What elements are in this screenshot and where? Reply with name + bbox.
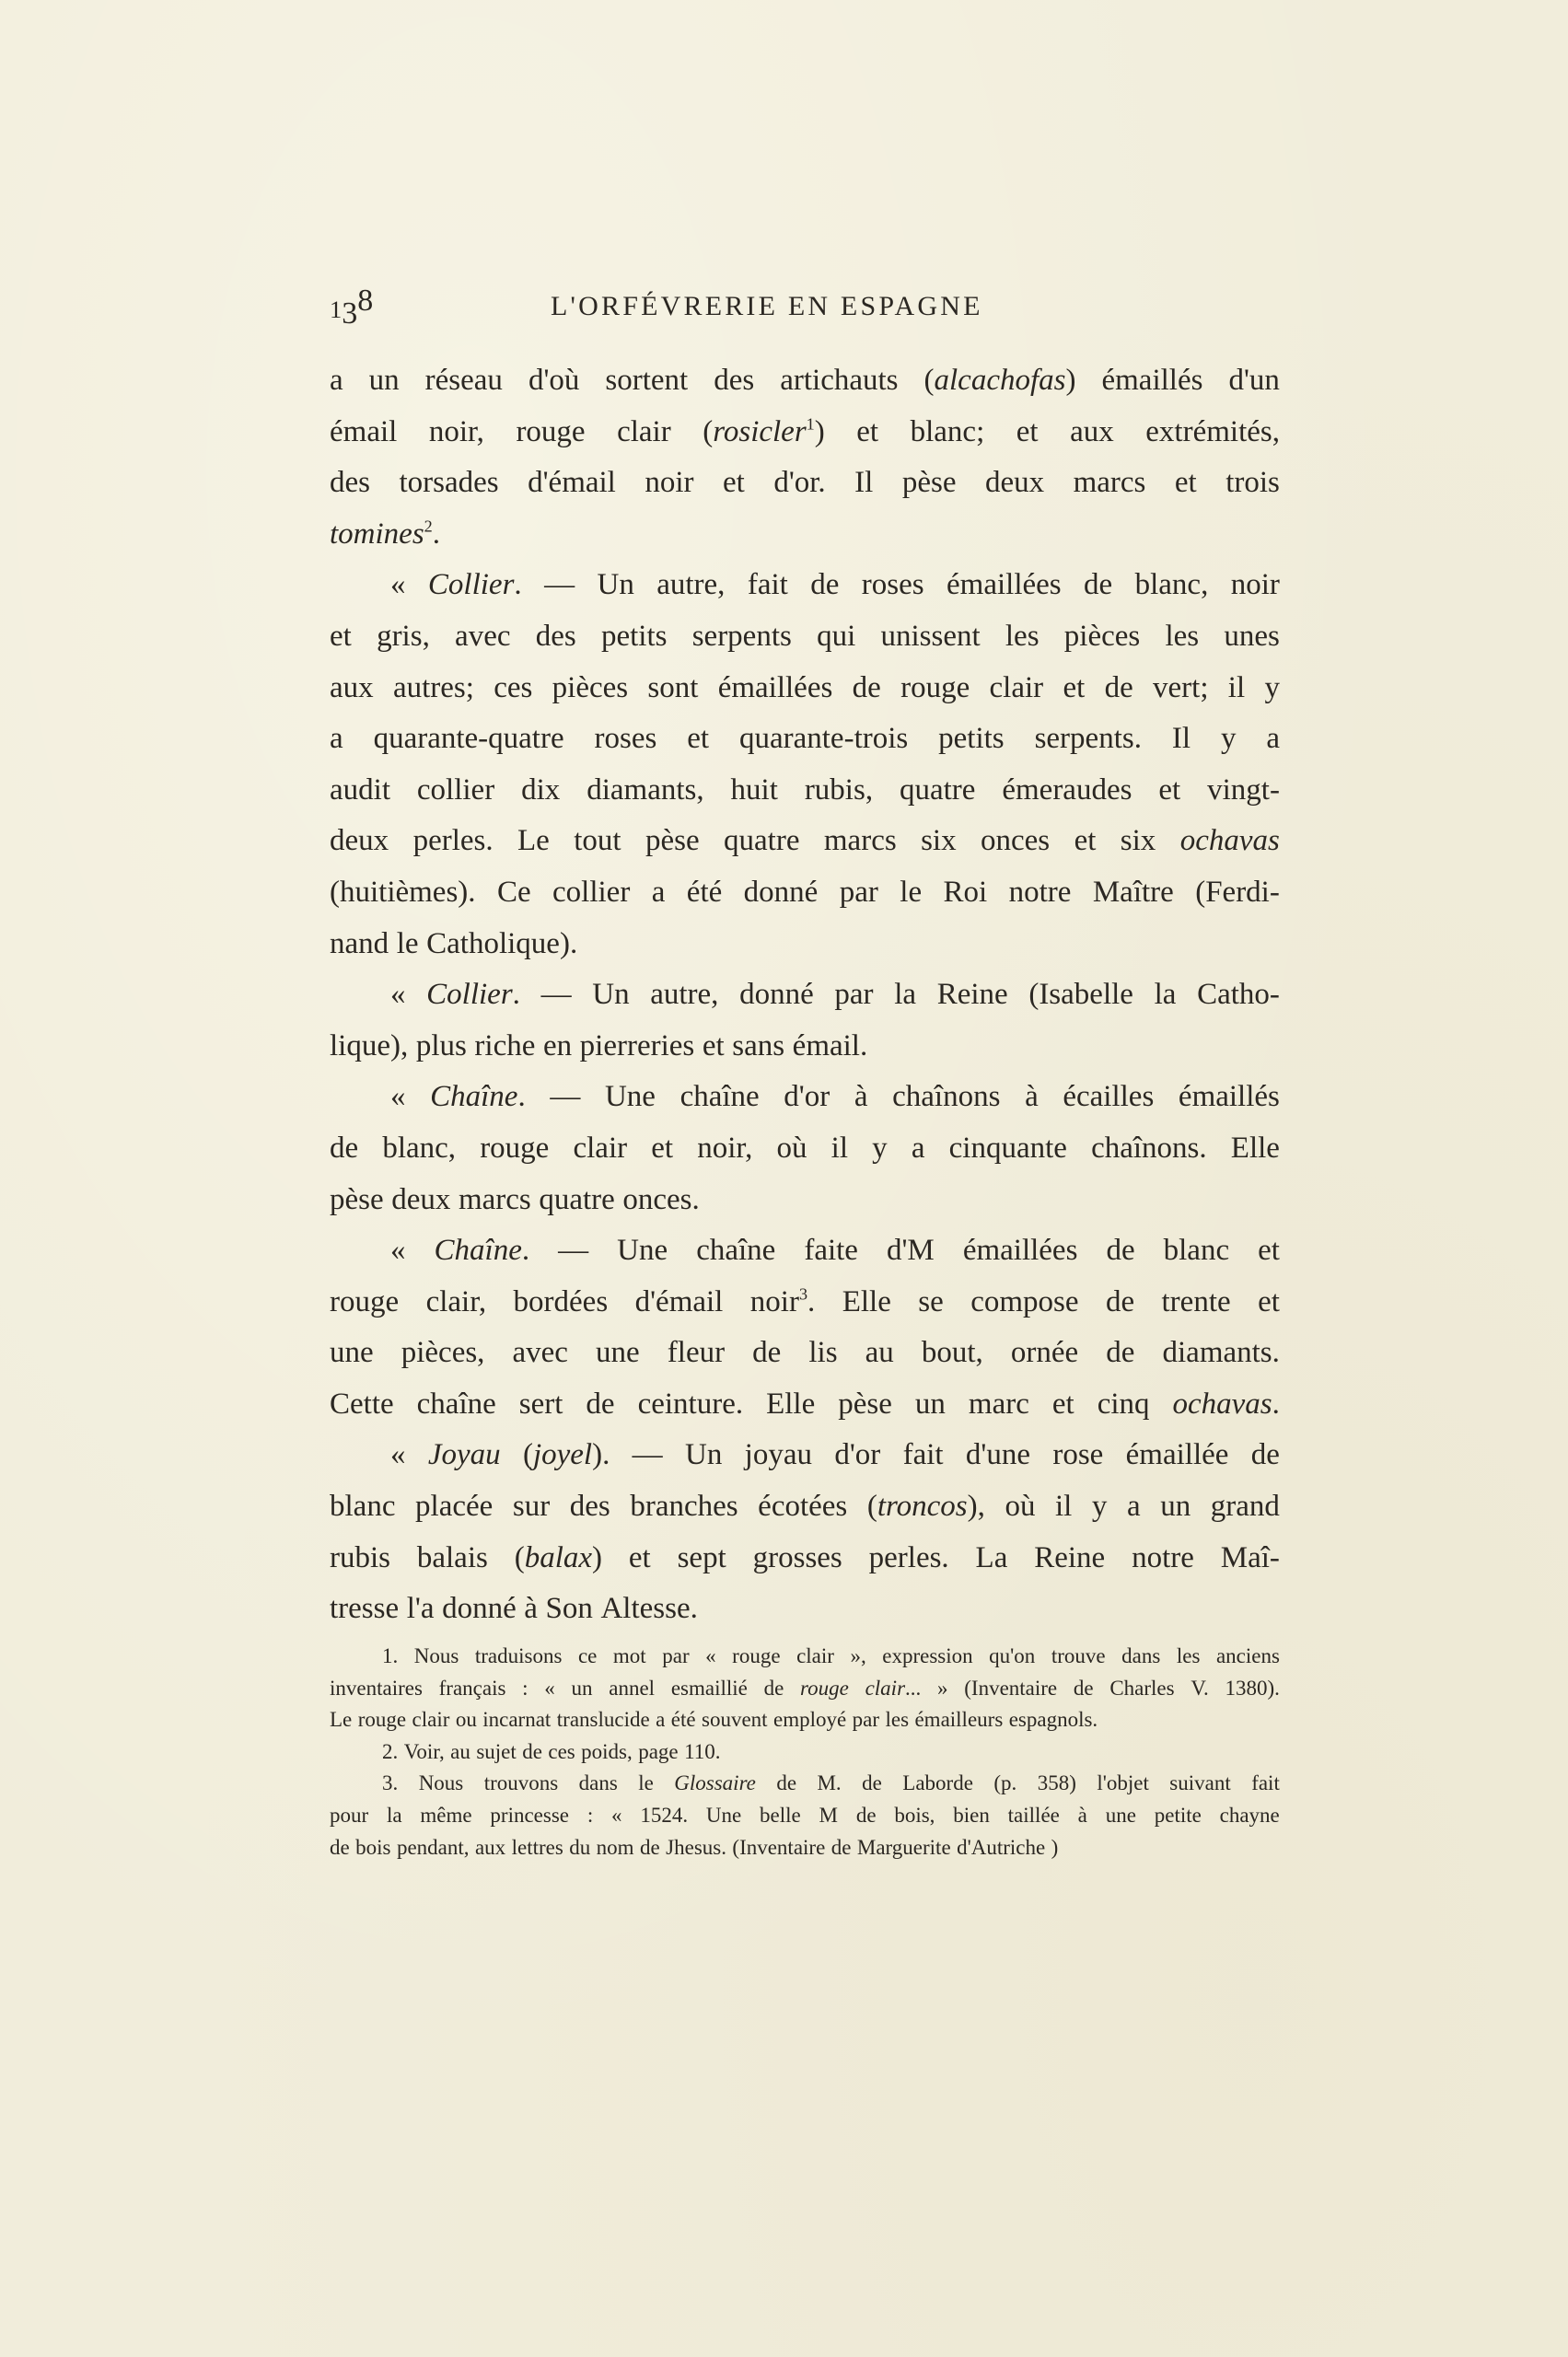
text-run: pièces, xyxy=(401,1336,485,1369)
word: M. xyxy=(817,1768,841,1800)
text-run: a xyxy=(912,1132,925,1165)
word: sortent xyxy=(605,355,688,407)
text-run: traduisons xyxy=(475,1644,563,1667)
text-run: le xyxy=(638,1771,654,1794)
word: noir xyxy=(645,458,693,509)
word: Le xyxy=(330,1704,352,1736)
word: Collier. xyxy=(428,560,522,611)
text-run: et xyxy=(651,1132,673,1165)
word: « xyxy=(611,1800,622,1832)
text-run: . xyxy=(1272,1387,1280,1421)
text-run: « xyxy=(390,1234,406,1267)
word: aux xyxy=(330,663,374,714)
text-run: vingt- xyxy=(1207,773,1280,807)
text-run: l'a xyxy=(407,1592,435,1625)
text-run: trouvons xyxy=(484,1771,559,1794)
word: 1380). xyxy=(1225,1673,1279,1705)
text-run: blanc; xyxy=(911,415,985,448)
text-run: de xyxy=(1105,671,1133,704)
word: fleur xyxy=(668,1328,725,1379)
text-run: taillée xyxy=(1008,1804,1060,1827)
word: pièces xyxy=(1064,611,1140,663)
body-line: «Chaîne.—Unechaînefaited'Mémailléesdebla… xyxy=(330,1225,1280,1277)
word: et xyxy=(629,1533,651,1585)
word: de xyxy=(1106,1225,1134,1277)
word: réseau xyxy=(425,355,503,407)
word: (Inventaire xyxy=(964,1673,1057,1705)
text-run: qu'on xyxy=(989,1644,1035,1667)
word: avec xyxy=(513,1328,568,1379)
word: y xyxy=(872,1123,888,1175)
word: petits xyxy=(938,714,1005,765)
text-run: bois xyxy=(355,1836,390,1859)
word: les xyxy=(1177,1641,1201,1673)
word: bout, xyxy=(922,1328,983,1379)
word: du xyxy=(569,1832,590,1864)
word: balais xyxy=(417,1533,488,1585)
text-run: collier xyxy=(417,773,494,807)
text-run: Il xyxy=(854,466,873,499)
word: de xyxy=(831,1832,852,1864)
word: à xyxy=(524,1584,538,1635)
word: trouve xyxy=(1051,1641,1106,1673)
text-run: lettres xyxy=(512,1836,563,1859)
word: d'une xyxy=(966,1430,1030,1481)
text-run: noir xyxy=(1231,568,1280,601)
text-run: Reine xyxy=(937,978,1008,1011)
text-run: a xyxy=(652,876,666,909)
word: notre xyxy=(1009,867,1072,919)
text-run: anciens xyxy=(1216,1644,1280,1667)
text-run: six xyxy=(921,824,957,857)
text-run: même xyxy=(420,1804,471,1827)
text-run: il xyxy=(831,1132,848,1165)
word: émaillées xyxy=(947,560,1062,611)
word: français xyxy=(439,1673,506,1705)
text-run: émaillées xyxy=(718,671,833,704)
word: huit xyxy=(731,765,778,817)
text-run: des xyxy=(536,620,576,653)
word: fait xyxy=(903,1430,944,1481)
text-run: compose xyxy=(970,1285,1078,1318)
text-run: où xyxy=(777,1132,807,1165)
text-run: : xyxy=(587,1804,593,1827)
text-run: lis xyxy=(808,1336,837,1369)
word: petits xyxy=(601,611,668,663)
word: qui xyxy=(817,611,855,663)
footnote-ref[interactable]: 2 xyxy=(424,517,433,535)
word: deux xyxy=(391,1175,450,1226)
word: émail. xyxy=(793,1021,868,1073)
word: de xyxy=(776,1768,796,1800)
word: rouge xyxy=(800,1673,849,1705)
text-run: français xyxy=(439,1677,506,1700)
word: l'objet xyxy=(1097,1768,1149,1800)
word: de xyxy=(330,1832,350,1864)
text-run: y xyxy=(1264,671,1280,704)
word: clair xyxy=(990,663,1044,714)
word: audit xyxy=(330,765,390,817)
word: perles. xyxy=(869,1533,949,1585)
text-run: par xyxy=(840,876,878,909)
text-run: . xyxy=(807,1285,815,1318)
text-run: des xyxy=(714,364,754,397)
text-run: par xyxy=(853,1708,879,1731)
word: tresse xyxy=(330,1584,399,1635)
text-run: de xyxy=(831,1836,852,1859)
word: Un xyxy=(685,1430,722,1481)
text-run: — xyxy=(558,1234,588,1267)
word: 2. xyxy=(382,1736,398,1769)
word: (huitièmes). xyxy=(330,867,476,919)
footnote-ref[interactable]: 3 xyxy=(799,1284,807,1303)
word: sujet xyxy=(476,1736,516,1769)
text-run: pièces xyxy=(552,671,628,704)
text-run: des xyxy=(570,1490,610,1523)
text-run: mot xyxy=(613,1644,646,1667)
word: lique), xyxy=(330,1021,408,1073)
text-run: de xyxy=(764,1677,784,1700)
text-run: clair xyxy=(796,1644,834,1667)
word: clair xyxy=(412,1704,450,1736)
text-run: Laborde xyxy=(902,1771,973,1794)
italic-term: Joyau xyxy=(428,1438,501,1471)
word: plus xyxy=(416,1021,467,1073)
word: deux xyxy=(985,458,1044,509)
word: Elle xyxy=(842,1277,891,1329)
text-run: pèse xyxy=(645,824,700,857)
text-run: », xyxy=(850,1644,865,1667)
text-run: petits xyxy=(601,620,668,653)
text-run: bout, xyxy=(922,1336,983,1369)
word: nand xyxy=(330,919,389,970)
word: autres; xyxy=(393,663,474,714)
word: compose xyxy=(970,1277,1078,1329)
word: extrémités, xyxy=(1145,407,1280,459)
body-line: auxautres;cespiècessontémailléesderougec… xyxy=(330,663,1280,714)
word: mot xyxy=(613,1641,646,1673)
word: Roi xyxy=(944,867,988,919)
word: joyau xyxy=(745,1430,812,1481)
text-run: trente xyxy=(1162,1285,1231,1318)
word: 3. xyxy=(382,1768,398,1800)
italic-term: Collier xyxy=(428,568,515,601)
text-run: « xyxy=(544,1677,555,1700)
word: 1. xyxy=(382,1641,398,1673)
word: rubis xyxy=(330,1533,390,1585)
word: artichauts xyxy=(780,355,898,407)
word: le xyxy=(397,919,419,970)
text-run: émaillées xyxy=(947,568,1062,601)
word: une xyxy=(1106,1800,1136,1832)
italic-term: balax xyxy=(525,1541,592,1574)
word: taillée xyxy=(1008,1800,1060,1832)
word: il xyxy=(1055,1481,1072,1533)
text-run: huit xyxy=(731,773,778,807)
text-run: les xyxy=(1177,1644,1201,1667)
word: Joyau xyxy=(428,1430,501,1481)
text-run: trouve xyxy=(1051,1644,1106,1667)
word: torsades xyxy=(399,458,498,509)
word: », xyxy=(850,1641,865,1673)
text-run: le xyxy=(397,927,419,960)
text-run: « xyxy=(390,1438,406,1471)
body-line: etgris,avecdespetitsserpentsquiunissentl… xyxy=(330,611,1280,663)
word: rouge xyxy=(358,1704,406,1736)
body-line: «Collier.—Unautre,donnéparlaReine(Isabel… xyxy=(330,970,1280,1021)
word: fait xyxy=(1251,1768,1280,1800)
word: un xyxy=(572,1673,593,1705)
text-run: page xyxy=(638,1740,678,1763)
text-run: rouge xyxy=(358,1708,406,1731)
word: trente xyxy=(1162,1277,1231,1329)
word: 110. xyxy=(684,1736,720,1769)
word: et xyxy=(1158,765,1180,817)
text-run: y xyxy=(872,1132,888,1165)
text-run: . xyxy=(517,1080,525,1113)
text-run: « xyxy=(390,978,406,1011)
text-run: petite xyxy=(1155,1804,1202,1827)
text-run: un xyxy=(369,364,400,397)
text-run: 358) xyxy=(1038,1771,1076,1794)
text-run: Il xyxy=(1172,722,1191,755)
footnote-ref[interactable]: 1 xyxy=(807,414,815,433)
text-run: a xyxy=(330,722,343,755)
word: perles. xyxy=(413,816,494,867)
text-run: autre, xyxy=(650,978,718,1011)
word: collier xyxy=(552,867,630,919)
text-run: ( xyxy=(924,364,935,397)
word: d'or xyxy=(834,1430,880,1481)
text-run: chaîne xyxy=(696,1234,775,1267)
text-run: » xyxy=(937,1677,948,1700)
word: — xyxy=(558,1225,588,1277)
text-run: d'émail xyxy=(528,466,616,499)
italic-term: clair xyxy=(865,1677,905,1700)
word: (p. xyxy=(993,1768,1016,1800)
word: et xyxy=(703,1021,725,1073)
word: et xyxy=(1063,663,1085,714)
word: expression xyxy=(882,1641,972,1673)
text-run: trois xyxy=(1225,466,1280,499)
italic-term: Collier xyxy=(426,978,513,1011)
word: aux xyxy=(475,1832,505,1864)
text-run: riche xyxy=(474,1029,535,1062)
text-run: d'Autriche xyxy=(957,1836,1045,1859)
text-run: grosses xyxy=(753,1541,842,1574)
word: d'Autriche xyxy=(957,1832,1045,1864)
body-line: aunréseaud'oùsortentdesartichauts(alcach… xyxy=(330,355,1280,407)
text-run: pierreries xyxy=(580,1029,695,1062)
word: bien xyxy=(953,1800,990,1832)
text-run: 1. xyxy=(382,1644,398,1667)
word: Une xyxy=(617,1225,668,1277)
text-run: et xyxy=(1258,1234,1280,1267)
word: Voir, xyxy=(404,1736,445,1769)
text-run: a xyxy=(656,1708,665,1731)
word: pèse xyxy=(330,1175,384,1226)
word: pèse xyxy=(645,816,700,867)
text-run: de xyxy=(853,671,881,704)
word: pèse xyxy=(902,458,957,509)
word: même xyxy=(420,1800,471,1832)
body-line: «Chaîne.—Unechaîned'oràchaînonsàécailles… xyxy=(330,1072,1280,1123)
word: d'or. xyxy=(773,458,825,509)
word: (troncos), xyxy=(867,1481,985,1533)
text-run: quatre xyxy=(539,1183,614,1216)
word: quarante-trois xyxy=(739,714,908,765)
word: où xyxy=(777,1123,807,1175)
text-run: blanc, xyxy=(1135,568,1209,601)
word: émaillées xyxy=(718,663,833,714)
word: l'a xyxy=(407,1584,435,1635)
text-run: joyau xyxy=(745,1438,812,1471)
text-run: Une xyxy=(605,1080,656,1113)
body-line: (huitièmes).CecollieraétédonnéparleRoino… xyxy=(330,867,1280,919)
text-run: une xyxy=(330,1336,374,1369)
text-run: et xyxy=(1052,1387,1074,1421)
word: serpents. xyxy=(1035,714,1142,765)
text-run: à xyxy=(1078,1804,1087,1827)
text-run: expression xyxy=(882,1644,972,1667)
text-run: Reine xyxy=(1034,1541,1105,1574)
word: Marguerite xyxy=(857,1832,951,1864)
word: émaillée xyxy=(1126,1430,1229,1481)
text-run: ce xyxy=(578,1644,597,1667)
word: (joyel). xyxy=(523,1430,610,1481)
word: à xyxy=(1025,1072,1039,1123)
word: Elle xyxy=(766,1379,815,1431)
folio-digit: 8 xyxy=(357,284,373,318)
body-line: deuxperles.Letoutpèsequatremarcssixonces… xyxy=(330,816,1280,867)
word: sont xyxy=(647,663,698,714)
word: d'M xyxy=(887,1225,935,1277)
word: (Ferdi- xyxy=(1195,867,1280,919)
text-run: roses xyxy=(595,722,657,755)
word: la xyxy=(894,970,916,1021)
text-run: Voir, xyxy=(404,1740,445,1763)
word: Reine xyxy=(1034,1533,1105,1585)
text-run: blanc, xyxy=(382,1132,456,1165)
word: cinq xyxy=(1098,1379,1150,1431)
word: rouge xyxy=(516,407,585,459)
body-line: tomines2. xyxy=(330,509,1280,561)
text-run: ). xyxy=(592,1438,610,1471)
text-run: ( xyxy=(703,415,713,448)
text-run: de xyxy=(586,1387,614,1421)
word: 358) xyxy=(1038,1768,1076,1800)
body-line: aquarante-quatrerosesetquarante-troispet… xyxy=(330,714,1280,765)
word: de xyxy=(522,1736,542,1769)
text-run: Marguerite xyxy=(857,1836,951,1859)
word: onces. xyxy=(622,1175,699,1226)
text-run: notre xyxy=(1132,1541,1194,1574)
text-run: suivant xyxy=(1169,1771,1230,1794)
running-head: 138 L'ORFÉVRERIE EN ESPAGNE xyxy=(330,287,1280,333)
word: vert; xyxy=(1153,663,1208,714)
body-line: blancplacéesurdesbranchesécotées(troncos… xyxy=(330,1481,1280,1533)
word: autre, xyxy=(650,970,718,1021)
word: à xyxy=(1078,1800,1087,1832)
word: placée xyxy=(415,1481,493,1533)
word: noir, xyxy=(429,407,484,459)
text-run: . xyxy=(433,517,440,551)
italic-term: alcachofas xyxy=(935,364,1066,397)
word: trois xyxy=(1225,458,1280,509)
word: tout xyxy=(574,816,621,867)
text-run: en xyxy=(543,1029,572,1062)
text-run: bordées xyxy=(514,1285,609,1318)
text-run: sept xyxy=(678,1541,726,1574)
text-run: Nous xyxy=(419,1771,464,1794)
word: et xyxy=(651,1123,673,1175)
text-run: y xyxy=(1092,1490,1108,1523)
word: trouvons xyxy=(484,1768,559,1800)
body-line: «Joyau(joyel).—Unjoyaud'orfaitd'uneroseé… xyxy=(330,1430,1280,1481)
text-run: employé xyxy=(773,1708,846,1731)
word: clair xyxy=(796,1641,834,1673)
text-run: clair xyxy=(412,1708,450,1731)
word: au xyxy=(865,1328,894,1379)
text-run: tout xyxy=(574,824,621,857)
word: Catho- xyxy=(1197,970,1280,1021)
text-run: et xyxy=(723,466,745,499)
text-run: se xyxy=(918,1285,944,1318)
text-run: de xyxy=(1084,568,1112,601)
word: deux xyxy=(330,816,389,867)
word: y xyxy=(1264,663,1280,714)
text-run: été xyxy=(671,1708,696,1731)
text-run: donné xyxy=(739,978,814,1011)
word: et xyxy=(1258,1225,1280,1277)
text-run: pèse xyxy=(838,1387,892,1421)
word: donné xyxy=(739,970,814,1021)
text-run: et xyxy=(703,1029,725,1062)
word: « xyxy=(705,1641,716,1673)
text-run: émail xyxy=(330,415,397,448)
text-run: y xyxy=(1221,722,1237,755)
text-run: marcs xyxy=(459,1183,531,1216)
text-run: par xyxy=(662,1644,689,1667)
text-run: unes xyxy=(1224,620,1280,653)
footnote-line: 2.Voir,ausujetdecespoids,page110. xyxy=(330,1736,1280,1769)
word: par xyxy=(853,1704,879,1736)
text-run: ( xyxy=(523,1438,533,1471)
word: d'émail xyxy=(528,458,616,509)
text-run: rouge xyxy=(516,415,585,448)
text-run: rose xyxy=(1052,1438,1103,1471)
word: diamants. xyxy=(1163,1328,1280,1379)
word: et xyxy=(687,714,709,765)
text-run: faite xyxy=(804,1234,858,1267)
text-run: d'émail xyxy=(635,1285,724,1318)
text-run: « xyxy=(611,1804,622,1827)
text-run: inventaires xyxy=(330,1677,423,1700)
footnotes: 1.Noustraduisonscemotpar«rougeclair»,exp… xyxy=(330,1641,1280,1864)
text-run: ces xyxy=(494,671,532,704)
text-run: pèse xyxy=(902,466,957,499)
text-run: de xyxy=(752,1336,781,1369)
italic-term: rosicler xyxy=(713,415,806,448)
word: Une xyxy=(706,1800,741,1832)
text-run: Le xyxy=(330,1708,352,1731)
word: Nous xyxy=(419,1768,464,1800)
text-run: diamants, xyxy=(587,773,703,807)
text-run: audit xyxy=(330,773,390,807)
word: — xyxy=(633,1430,663,1481)
word: sur xyxy=(513,1481,550,1533)
text-run: écotées xyxy=(758,1490,847,1523)
